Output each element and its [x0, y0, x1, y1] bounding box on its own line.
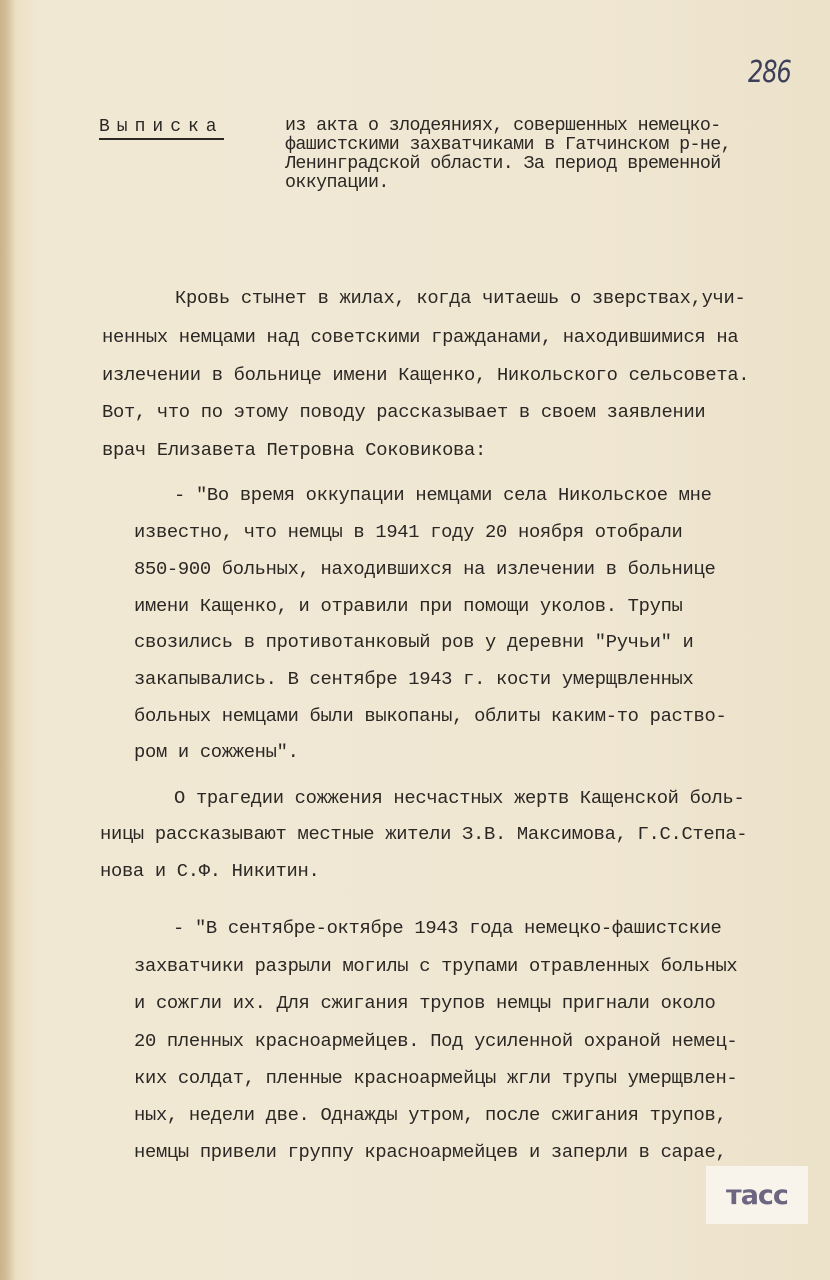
text-line: нова и С.Ф. Никитин. — [100, 860, 319, 882]
page-number: 286 — [748, 55, 791, 90]
text-line: ких солдат, пленные красноармейцы жгли т… — [134, 1067, 737, 1089]
text-line: и сожгли их. Для сжигания трупов немцы п… — [134, 992, 715, 1014]
text-line: Вот, что по этому поводу рассказывает в … — [102, 401, 705, 423]
document-title-word: Выписка — [99, 117, 224, 140]
tass-watermark-logo: тасс — [706, 1166, 808, 1224]
header-line: фашистскими захватчиками в Гатчинском р-… — [285, 136, 731, 155]
text-line: имени Кащенко, и отравили при помощи уко… — [134, 595, 683, 617]
header-line: из акта о злодеяниях, совершенных немецк… — [285, 117, 721, 136]
text-line: О трагедии сожжения несчастных жертв Кащ… — [174, 787, 744, 809]
text-line: - "В сентябре-октябре 1943 года немецко-… — [173, 917, 722, 939]
text-line: врач Елизавета Петровна Соковикова: — [102, 439, 486, 461]
page-binding-shadow — [0, 0, 16, 1280]
document-page: 286 Выписка из акта о злодеяниях, соверш… — [0, 0, 830, 1280]
text-line: немцы привели группу красноармейцев и за… — [134, 1141, 726, 1163]
text-line: ненных немцами над советскими гражданами… — [102, 326, 738, 348]
header-line: Ленинградской области. За период временн… — [285, 155, 721, 174]
text-line: 20 пленных красноармейцев. Под усиленной… — [134, 1030, 737, 1052]
text-line: - "Во время оккупации немцами села Никол… — [174, 484, 712, 506]
text-line: Кровь стынет в жилах, когда читаешь о зв… — [175, 287, 745, 309]
text-line: известно, что немцы в 1941 году 20 ноябр… — [134, 521, 683, 543]
text-line: ром и сожжены". — [134, 741, 299, 763]
text-line: свозились в противотанковый ров у деревн… — [134, 631, 694, 653]
text-line: больных немцами были выкопаны, облиты ка… — [134, 705, 726, 727]
title-word-text: Выписка — [99, 117, 224, 137]
text-line: 850-900 больных, находившихся на излечен… — [134, 558, 715, 580]
text-line: захватчики разрыли могилы с трупами отра… — [134, 955, 737, 977]
text-line: ницы рассказывают местные жители З.В. Ма… — [100, 823, 747, 845]
text-line: излечении в больнице имени Кащенко, Нико… — [102, 364, 749, 386]
text-line: ных, недели две. Однажды утром, после сж… — [134, 1104, 726, 1126]
header-line: оккупации. — [285, 174, 389, 193]
text-line: закапывались. В сентябре 1943 г. кости у… — [134, 668, 694, 690]
